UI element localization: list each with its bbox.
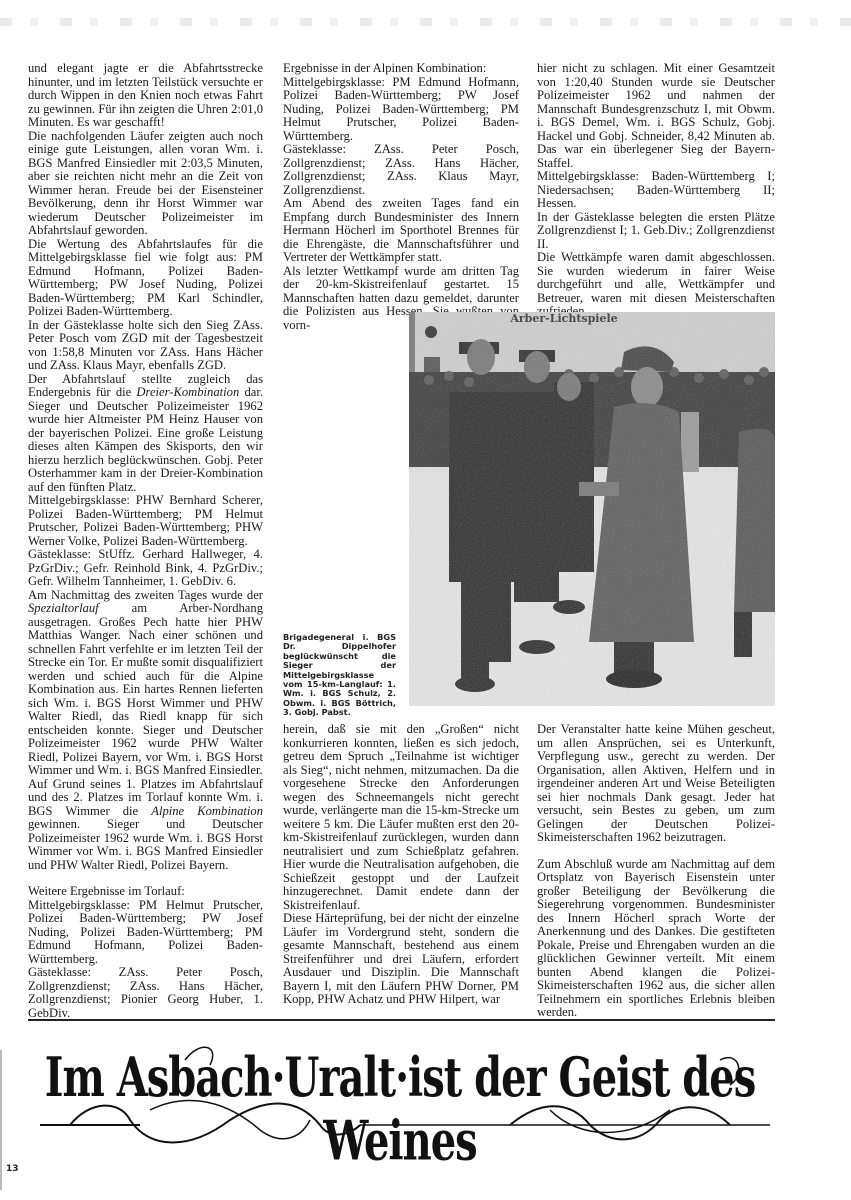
paragraph: hier nicht zu schlagen. Mit einer Gesamt… [537, 62, 775, 170]
article-column-2-bottom: herein, daß sie mit den „Großen“ nicht k… [283, 723, 519, 1007]
paragraph: Mittelgebirgsklasse: PM Edmund Hofmann, … [283, 76, 519, 144]
subheading: Ergebnisse in der Alpinen Kombination: [283, 62, 519, 76]
asbach-advertisement: Im Asbach·Uralt·ist der Geist des Weines [30, 1040, 770, 1150]
scan-margin-mark [0, 1050, 2, 1190]
paragraph-spezialtorlauf: Am Nachmittag des zweiten Tages wurde de… [28, 589, 263, 778]
paragraph: Gästeklasse: ZAss. Peter Posch, Zollgren… [283, 143, 519, 197]
paragraph: Am Abend des zweiten Tages fand ein Empf… [283, 197, 519, 265]
paragraph: Der Veranstalter hatte keine Mühen gesch… [537, 723, 775, 845]
article-column-2-top: Ergebnisse in der Alpinen Kombination: M… [283, 62, 519, 332]
paragraph: In der Gästeklasse belegten die ersten P… [537, 211, 775, 252]
photo-illustration: Arber-Lichtspiele [409, 312, 775, 706]
article-column-3-top: hier nicht zu schlagen. Mit einer Gesamt… [537, 62, 775, 319]
paragraph: Die Wettkämpfe waren damit abgeschlossen… [537, 251, 775, 319]
paragraph: Gästeklasse: StUffz. Gerhard Hallweger, … [28, 548, 263, 589]
paragraph: Mittelgebirgsklasse: Baden-Württemberg I… [537, 170, 775, 211]
paragraph-alpine-kombination: Auf Grund seines 1. Platzes im Abfahrtsl… [28, 778, 263, 873]
paragraph: In der Gästeklasse holte sich den Sieg Z… [28, 319, 263, 373]
article-column-3-bottom: Der Veranstalter hatte keine Mühen gesch… [537, 723, 775, 1020]
paragraph: Mittelgebirgsklasse: PM Helmut Prutscher… [28, 899, 263, 967]
paragraph: herein, daß sie mit den „Großen“ nicht k… [283, 723, 519, 912]
paragraph: Zum Abschluß wurde am Nachmittag auf dem… [537, 858, 775, 1020]
paragraph: Die nachfolgenden Läufer zeigten auch no… [28, 130, 263, 238]
paragraph: Die Wertung des Abfahrtslaufes für die M… [28, 238, 263, 319]
page-number: 13 [6, 1164, 19, 1174]
paragraph: Diese Härteprüfung, bei der nicht der ei… [283, 912, 519, 1007]
scan-artifact [0, 18, 851, 26]
paragraph: Gästeklasse: ZAss. Peter Posch, Zollgren… [28, 966, 263, 1020]
emphasis: Spezialtorlauf [28, 601, 99, 615]
magazine-page: und elegant jagte er die Abfahrtsstrecke… [0, 0, 851, 1200]
photo-caption: Brigadegeneral i. BGS Dr. Dippelhofer be… [283, 633, 396, 718]
article-column-1: und elegant jagte er die Abfahrtsstrecke… [28, 62, 263, 1020]
emphasis: Alpine Kombination [151, 804, 263, 818]
paragraph: Mittelgebirgsklasse: PHW Bernhard Schere… [28, 494, 263, 548]
ceremony-photo: Arber-Lichtspiele [409, 312, 775, 706]
horizontal-rule [28, 1019, 775, 1021]
paragraph: und elegant jagte er die Abfahrtsstrecke… [28, 62, 263, 130]
emphasis: Dreier-Kombination [136, 385, 239, 399]
calligraphic-flourish-icon [30, 1040, 770, 1150]
subheading: Weitere Ergebnisse im Torlauf: [28, 885, 263, 899]
paragraph-dreier-kombination: Der Abfahrtslauf stellte zugleich das En… [28, 373, 263, 495]
